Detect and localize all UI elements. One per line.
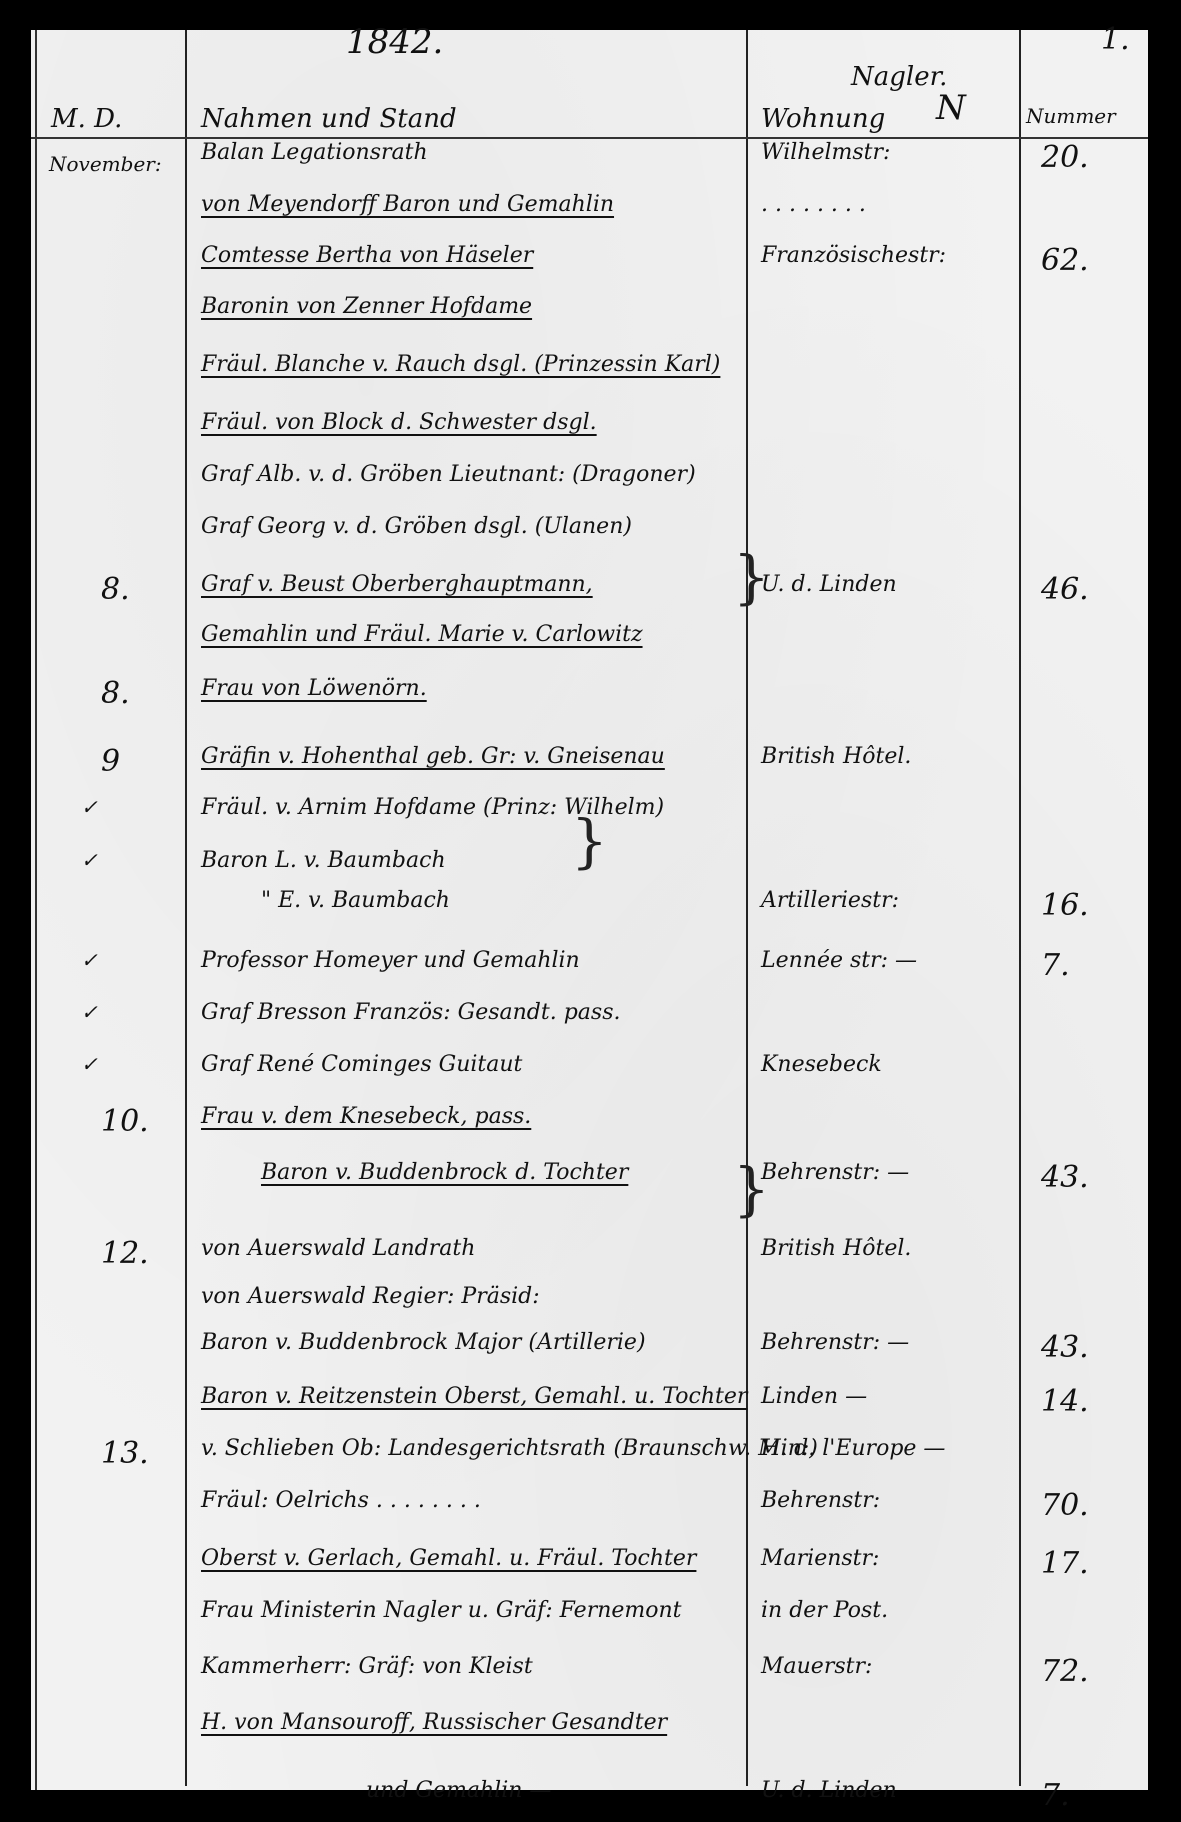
- entry-name: von Auerswald Regier: Präsid:: [201, 1284, 540, 1309]
- entry-name: Baron v. Reitzenstein Oberst, Gemahl. u.…: [201, 1384, 747, 1409]
- entry-name: und Gemahlin —: [366, 1778, 551, 1803]
- entry-address: H. d. l'Europe —: [761, 1436, 945, 1461]
- column-divider-names: [746, 30, 748, 1786]
- entry-address: Behrenstr: —: [761, 1330, 909, 1355]
- entry-date: 8.: [101, 572, 130, 607]
- entry-name: v. Schlieben Ob: Landesgerichtsrath (Bra…: [201, 1436, 818, 1461]
- entry-name: Graf Alb. v. d. Gröben Lieutnant: (Drago…: [201, 462, 696, 487]
- column-header-date: M. D.: [51, 104, 122, 134]
- entry-name: von Auerswald Landrath: [201, 1236, 475, 1261]
- entry-address: Lennée str: —: [761, 948, 917, 973]
- entry-number: 72.: [1041, 1654, 1089, 1689]
- entry-number: 16.: [1041, 888, 1089, 923]
- entry-name: " E. v. Baumbach: [261, 888, 450, 913]
- entry-date: ✓: [81, 795, 98, 819]
- entry-name: Professor Homeyer und Gemahlin: [201, 948, 580, 973]
- register-page: 1842. 1. Nagler. N M. D. Nahmen und Stan…: [31, 30, 1148, 1790]
- entry-address: Französischestr:: [761, 243, 946, 268]
- entry-date: 12.: [101, 1236, 149, 1271]
- entry-address: in der Post.: [761, 1598, 888, 1623]
- entry-name: H. von Mansouroff, Russischer Gesandter: [201, 1710, 667, 1735]
- entry-address: U. d. Linden: [761, 572, 897, 597]
- entry-name: Kammerherr: Gräf: von Kleist: [201, 1654, 533, 1679]
- entry-address: Mauerstr:: [761, 1654, 872, 1679]
- entry-address: U. d. Linden: [761, 1778, 897, 1803]
- entry-address: Linden —: [761, 1384, 867, 1409]
- month-label: November:: [49, 152, 162, 176]
- column-header-address: Wohnung: [761, 104, 885, 134]
- entry-name: Balan Legationsrath: [201, 140, 428, 165]
- column-header-number: Nummer: [1026, 104, 1116, 128]
- entry-date: 8.: [101, 676, 130, 711]
- entry-number: 62.: [1041, 243, 1089, 278]
- entry-address: Knesebeck: [761, 1052, 882, 1077]
- entry-address: Behrenstr: —: [761, 1160, 909, 1185]
- entry-name: Baron L. v. Baumbach: [201, 848, 446, 873]
- entry-address: Wilhelmstr:: [761, 140, 890, 165]
- entry-name: Fräul. von Block d. Schwester dsgl.: [201, 410, 597, 435]
- entry-name: von Meyendorff Baron und Gemahlin: [201, 192, 614, 217]
- entry-name: Baron v. Buddenbrock d. Tochter: [261, 1160, 628, 1185]
- column-divider-date: [185, 30, 187, 1786]
- entry-date: 10.: [101, 1104, 149, 1139]
- entry-name: Frau v. dem Knesebeck, pass.: [201, 1104, 531, 1129]
- entry-address: Marienstr:: [761, 1546, 879, 1571]
- entry-address: . . . . . . . .: [761, 192, 866, 217]
- entry-number: 17.: [1041, 1546, 1089, 1581]
- entry-number: 46.: [1041, 572, 1089, 607]
- entry-name: Graf Georg v. d. Gröben dsgl. (Ulanen): [201, 514, 632, 539]
- entry-address: British Hôtel.: [761, 1236, 911, 1261]
- entry-date: ✓: [81, 948, 98, 972]
- entry-date: 13.: [101, 1436, 149, 1471]
- entry-date: ✓: [81, 848, 98, 872]
- entry-name: Graf Bresson Französ: Gesandt. pass.: [201, 1000, 620, 1025]
- register-owner: Nagler.: [851, 62, 947, 92]
- entry-name: Gemahlin und Fräul. Marie v. Carlowitz: [201, 622, 643, 647]
- year: 1842.: [346, 22, 443, 62]
- entry-number: 20.: [1041, 140, 1089, 175]
- entry-name: Graf v. Beust Oberberghauptmann,: [201, 572, 593, 597]
- brace-baumbach: }: [571, 812, 608, 870]
- entry-name: Frau von Löwenörn.: [201, 676, 427, 701]
- page-spine: [35, 30, 37, 1790]
- column-divider-address: [1019, 30, 1021, 1786]
- entry-number: 43.: [1041, 1160, 1089, 1195]
- entry-address: British Hôtel.: [761, 744, 911, 769]
- entry-number: 70.: [1041, 1488, 1089, 1523]
- brace-beust: }: [733, 548, 770, 606]
- entry-address: Artilleriestr:: [761, 888, 899, 913]
- page-number: 1.: [1101, 22, 1130, 57]
- entry-number: 43.: [1041, 1330, 1089, 1365]
- register-letter: N: [936, 88, 966, 128]
- entry-date: ✓: [81, 1000, 98, 1024]
- entry-number: 7.: [1041, 948, 1070, 983]
- entry-number: 7.: [1041, 1778, 1070, 1813]
- entry-address: Behrenstr:: [761, 1488, 880, 1513]
- entry-name: Frau Ministerin Nagler u. Gräf: Fernemon…: [201, 1598, 682, 1623]
- entry-name: Fräul: Oelrichs . . . . . . . .: [201, 1488, 481, 1513]
- brace-auerswald: }: [733, 1160, 770, 1218]
- column-header-names: Nahmen und Stand: [201, 104, 457, 134]
- entry-name: Baron v. Buddenbrock Major (Artillerie): [201, 1330, 646, 1355]
- entry-name: Fräul. Blanche v. Rauch dsgl. (Prinzessi…: [201, 352, 720, 377]
- entry-date: ✓: [81, 1052, 98, 1076]
- entry-name: Baronin von Zenner Hofdame: [201, 294, 532, 319]
- entry-name: Graf René Cominges Guitaut: [201, 1052, 522, 1077]
- header-rule: [31, 137, 1148, 139]
- entry-name: Comtesse Bertha von Häseler: [201, 243, 533, 268]
- entry-date: 9: [101, 744, 120, 779]
- entry-number: 14.: [1041, 1384, 1089, 1419]
- entry-name: Oberst v. Gerlach, Gemahl. u. Fräul. Toc…: [201, 1546, 696, 1571]
- entry-name: Gräfin v. Hohenthal geb. Gr: v. Gneisena…: [201, 744, 665, 769]
